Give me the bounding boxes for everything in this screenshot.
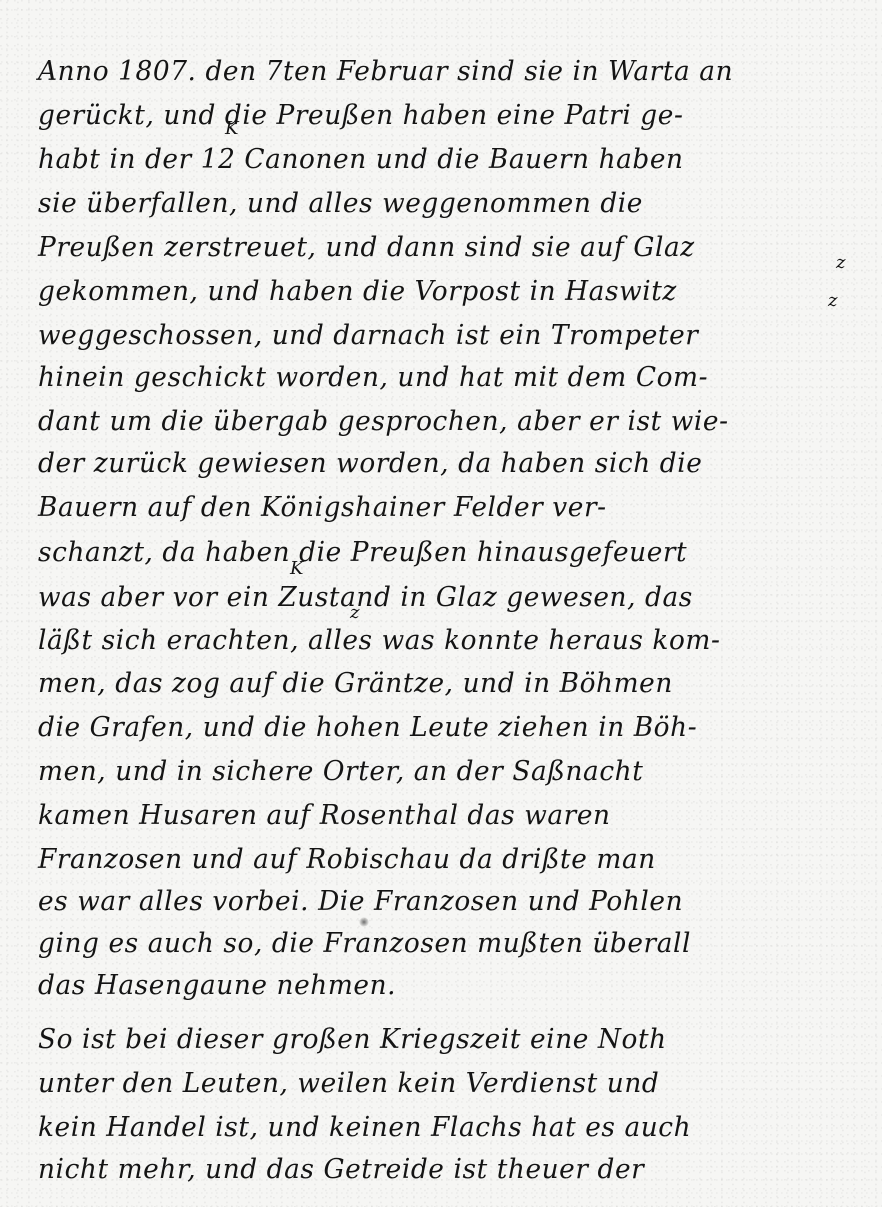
insertion-mark: z <box>828 290 837 311</box>
manuscript-line-22: das Hasengaune nehmen. <box>38 966 838 1006</box>
manuscript-line-23: So ist bei dieser großen Kriegszeit eine… <box>38 1020 838 1060</box>
insertion-mark: K <box>225 118 238 139</box>
insertion-mark: K <box>290 558 303 579</box>
insertion-mark: z <box>836 252 845 273</box>
manuscript-page: Anno 1807. den 7ten Februar sind sie in … <box>0 0 882 1207</box>
manuscript-line-15: men, das zog auf die Gräntze, und in Böh… <box>38 664 838 704</box>
manuscript-line-14: läßt sich erachten, alles was konnte her… <box>38 621 838 661</box>
manuscript-line-7: weggeschossen, und darnach ist ein Tromp… <box>38 316 838 356</box>
manuscript-line-11: Bauern auf den Königshainer Felder ver- <box>38 488 838 528</box>
manuscript-line-10: der zurück gewiesen worden, da haben sic… <box>38 444 838 484</box>
manuscript-line-5: Preußen zerstreuet, und dann sind sie au… <box>38 228 838 268</box>
manuscript-line-12: schanzt, da haben die Preußen hinausgefe… <box>38 533 838 573</box>
manuscript-line-13: was aber vor ein Zustand in Glaz gewesen… <box>38 578 838 618</box>
manuscript-line-9: dant um die übergab gesprochen, aber er … <box>38 402 838 442</box>
manuscript-line-3: habt in der 12 Canonen und die Bauern ha… <box>38 140 838 180</box>
manuscript-line-24: unter den Leuten, weilen kein Verdienst … <box>38 1064 838 1104</box>
manuscript-line-17: men, und in sichere Orter, an der Saßnac… <box>38 752 838 792</box>
manuscript-line-6: gekommen, und haben die Vorpost in Haswi… <box>38 272 838 312</box>
ink-blot <box>359 917 369 927</box>
manuscript-line-25: kein Handel ist, und keinen Flachs hat e… <box>38 1108 838 1148</box>
manuscript-line-4: sie überfallen, und alles weggenommen di… <box>38 184 838 224</box>
manuscript-line-21: ging es auch so, die Franzosen mußten üb… <box>38 924 838 964</box>
manuscript-line-18: kamen Husaren auf Rosenthal das waren <box>38 796 838 836</box>
manuscript-line-20: es war alles vorbei. Die Franzosen und P… <box>38 882 838 922</box>
insertion-mark: z <box>350 602 359 623</box>
manuscript-line-2: gerückt, und die Preußen haben eine Patr… <box>38 96 838 136</box>
manuscript-line-19: Franzosen und auf Robischau da drißte ma… <box>38 840 838 880</box>
manuscript-line-8: hinein geschickt worden, und hat mit dem… <box>38 358 838 398</box>
manuscript-line-16: die Grafen, und die hohen Leute ziehen i… <box>38 708 838 748</box>
manuscript-line-26: nicht mehr, und das Getreide ist theuer … <box>38 1150 838 1190</box>
manuscript-line-1: Anno 1807. den 7ten Februar sind sie in … <box>38 52 838 92</box>
